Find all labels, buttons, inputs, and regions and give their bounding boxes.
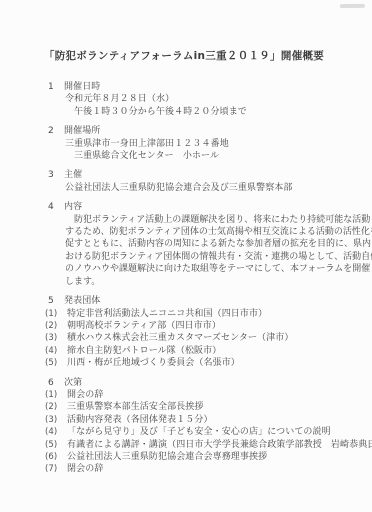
section-heading: 主催 bbox=[64, 169, 82, 181]
section-program: 6 次第 (1) 開会の辞 (2) 三重県警察本部生活安全部長挨拶 (3) 活動… bbox=[46, 377, 348, 476]
list-item-marker: (4) bbox=[45, 345, 67, 357]
section-heading-row: 1 開催日時 bbox=[46, 81, 348, 93]
section-heading: 開催日時 bbox=[64, 81, 100, 93]
list-item-text: 「ながら見守り」及び「子ども安全・安心の店」についての説明 bbox=[67, 426, 331, 438]
scan-smudge-artifact bbox=[340, 4, 365, 8]
document-title: 「防犯ボランティアフォーラムin三重２０１９」開催概要 bbox=[0, 48, 368, 63]
section-number: 5 bbox=[48, 295, 64, 307]
section-heading: 発表団体 bbox=[64, 295, 100, 307]
document-page: 「防犯ボランティアフォーラムin三重２０１９」開催概要 1 開催日時 令和元年８… bbox=[0, 0, 372, 512]
document-body: 1 開催日時 令和元年８月２８日（水） 午後１時３０分から午後４時２０分頃まで … bbox=[46, 81, 348, 483]
section-line: するため、防犯ボランティア団体の士気高揚や相互交流による活動の活性化を bbox=[65, 226, 348, 238]
list-item: (7) 閉会の辞 bbox=[45, 463, 348, 475]
section-presenting-groups: 5 発表団体 (1) 特定非営利活動法人ニコニコ共和国（四日市市） (2) 朝明… bbox=[46, 295, 348, 369]
list-item-marker: (3) bbox=[45, 332, 67, 344]
list-item-text: 活動内容発表（各団体発表１５分） bbox=[67, 414, 213, 426]
section-line: 防犯ボランティア活動上の課題解決を図り、将来にわたり持続可能な活動と bbox=[74, 214, 348, 226]
section-heading: 次第 bbox=[64, 377, 82, 389]
section-line: 三重県総合文化センター 小ホール bbox=[74, 150, 348, 162]
list-item-text: 有識者による講評・講演（四日市大学学長兼総合政策学部教授 岩崎恭典氏） bbox=[67, 439, 372, 451]
section-date-time: 1 開催日時 令和元年８月２８日（水） 午後１時３０分から午後４時２０分頃まで bbox=[46, 81, 348, 118]
list-item: (1) 特定非営利活動法人ニコニコ共和国（四日市市） bbox=[45, 308, 348, 320]
section-content: 4 内容 防犯ボランティア活動上の課題解決を図り、将来にわたり持続可能な活動と … bbox=[46, 201, 348, 288]
list-item: (4) 揥水自主防犯パトロール隊（松阪市） bbox=[45, 345, 348, 357]
section-number: 6 bbox=[48, 377, 64, 389]
list-item: (3) 積水ハウス株式会社三重カスタマーズセンター（津市） bbox=[45, 332, 348, 344]
section-venue: 2 開催場所 三重県津市一身田上津部田１２３４番地 三重県総合文化センター 小ホ… bbox=[46, 125, 348, 162]
list-item-text: 朝明高校ボランティア部（四日市市） bbox=[67, 320, 221, 332]
section-heading: 内容 bbox=[64, 201, 82, 213]
section-number: 4 bbox=[48, 201, 64, 213]
list-item: (5) 有識者による講評・講演（四日市大学学長兼総合政策学部教授 岩崎恭典氏） bbox=[45, 439, 348, 451]
section-line: 公益社団法人三重県防犯協会連合会及び三重県警察本部 bbox=[65, 182, 348, 194]
list-item-text: 川西・梅が丘地域づくり委員会（名張市） bbox=[67, 357, 240, 369]
list-item-text: 公益社団法人三重県防犯協会連合会専務理事挨拶 bbox=[67, 451, 267, 463]
section-number: 1 bbox=[48, 81, 64, 93]
list-item: (3) 活動内容発表（各団体発表１５分） bbox=[45, 414, 348, 426]
list-item: (2) 三重県警察本部生活安全部長挨拶 bbox=[45, 401, 348, 413]
list-item: (6) 公益社団法人三重県防犯協会連合会専務理事挨拶 bbox=[45, 451, 348, 463]
list-item-text: 積水ハウス株式会社三重カスタマーズセンター（津市） bbox=[67, 332, 293, 344]
section-line: 三重県津市一身田上津部田１２３４番地 bbox=[65, 138, 348, 150]
section-heading-row: 5 発表団体 bbox=[46, 295, 348, 307]
section-number: 2 bbox=[48, 125, 64, 137]
section-number: 3 bbox=[48, 169, 64, 181]
section-organizer: 3 主催 公益社団法人三重県防犯協会連合会及び三重県警察本部 bbox=[46, 169, 348, 194]
list-item-marker: (2) bbox=[45, 320, 67, 332]
list-item-text: 三重県警察本部生活安全部長挨拶 bbox=[67, 401, 204, 413]
section-line: 午後１時３０分から午後４時２０分頃まで bbox=[74, 106, 348, 118]
section-line: のノウハウや課題解決に向けた取組等をテーマにして、本フォーラムを開催 bbox=[65, 263, 348, 275]
list-item-marker: (3) bbox=[45, 414, 67, 426]
list-item-marker: (5) bbox=[45, 439, 67, 451]
list-item-marker: (1) bbox=[45, 389, 67, 401]
list-item-marker: (4) bbox=[45, 426, 67, 438]
list-item-text: 特定非営利活動法人ニコニコ共和国（四日市市） bbox=[67, 308, 267, 320]
list-item-text: 閉会の辞 bbox=[67, 463, 103, 475]
list-item-marker: (1) bbox=[45, 308, 67, 320]
list-item-text: 揥水自主防犯パトロール隊（松阪市） bbox=[67, 345, 221, 357]
section-heading: 開催場所 bbox=[64, 125, 100, 137]
section-line: 促すとともに、活動内容の周知による新たな参加者層の拡充を目的に、県内に bbox=[65, 238, 348, 250]
list-item-marker: (7) bbox=[45, 463, 67, 475]
section-line: します。 bbox=[65, 276, 348, 288]
list-item-marker: (5) bbox=[45, 357, 67, 369]
list-item: (1) 開会の辞 bbox=[45, 389, 348, 401]
section-line: 令和元年８月２８日（水） bbox=[65, 93, 348, 105]
section-line: おける防犯ボランティア団体間の情報共有・交流・連携の場として、活動自体 bbox=[65, 251, 348, 263]
list-item-marker: (6) bbox=[45, 451, 67, 463]
list-item-text: 開会の辞 bbox=[67, 389, 103, 401]
section-heading-row: 3 主催 bbox=[46, 169, 348, 181]
list-item: (2) 朝明高校ボランティア部（四日市市） bbox=[45, 320, 348, 332]
list-item-marker: (2) bbox=[45, 401, 67, 413]
section-heading-row: 4 内容 bbox=[46, 201, 348, 213]
section-heading-row: 2 開催場所 bbox=[46, 125, 348, 137]
list-item: (5) 川西・梅が丘地域づくり委員会（名張市） bbox=[45, 357, 348, 369]
section-heading-row: 6 次第 bbox=[46, 377, 348, 389]
list-item: (4) 「ながら見守り」及び「子ども安全・安心の店」についての説明 bbox=[45, 426, 348, 438]
